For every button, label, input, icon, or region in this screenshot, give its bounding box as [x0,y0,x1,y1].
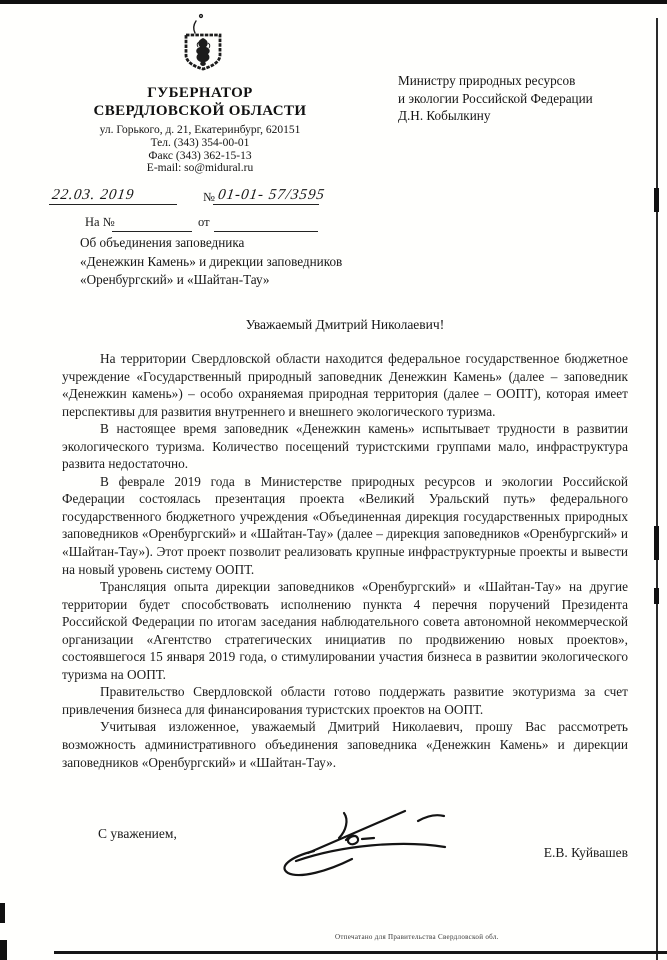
body-paragraph: Трансляция опыта дирекции заповедников «… [62,578,628,683]
recipient-line3: Д.Н. Кобылкину [398,107,658,125]
reply-number-blank [112,231,192,232]
org-email: E-mail: so@midural.ru [70,162,330,175]
subject-line1: Об объединения заповедника [80,234,420,253]
scan-corner-mark [0,940,7,960]
valediction: С уважением, [98,826,177,842]
body-paragraph: Учитывая изложенное, уважаемый Дмитрий Н… [62,718,628,771]
scan-edge-bottom [54,951,667,954]
handwritten-date: 22.03. 2019 [51,187,136,204]
org-name: ГУБЕРНАТОР СВЕРДЛОВСКОЙ ОБЛАСТИ [80,84,320,120]
org-fax: Факс (343) 362-15-13 [70,150,330,163]
org-address: ул. Горького, д. 21, Екатеринбург, 62015… [70,124,330,137]
org-name-line1: ГУБЕРНАТОР [80,84,320,102]
number-underline [213,204,319,205]
body-paragraph: На территории Свердловской области наход… [62,350,628,420]
org-phone: Тел. (343) 354-00-01 [70,137,330,150]
scanned-letter-page: ГУБЕРНАТОР СВЕРДЛОВСКОЙ ОБЛАСТИ ул. Горь… [0,0,667,960]
print-shop-note: Отпечатано для Правительства Свердловско… [335,933,499,941]
org-name-line2: СВЕРДЛОВСКОЙ ОБЛАСТИ [80,102,320,120]
scan-edge-right-mark [654,588,659,604]
reply-date-label: от [198,215,210,230]
recipient-line1: Министру природных ресурсов [398,72,658,90]
scan-corner-mark [0,903,5,923]
scan-edge-right-mark [654,188,659,212]
salutation: Уважаемый Дмитрий Николаевич! [62,317,628,333]
reply-number-label: На № [85,215,115,230]
reply-date-blank [214,231,318,232]
scan-edge-right-mark [654,526,659,560]
recipient-block: Министру природных ресурсов и экологии Р… [398,72,658,125]
number-sign-label: № [203,190,215,205]
org-contact-block: ул. Горького, д. 21, Екатеринбург, 62015… [70,124,330,175]
handwritten-outgoing-number: 01-01- 57/3595 [217,187,326,204]
coat-of-arms-icon [181,12,229,80]
subject-line3: «Оренбургский» и «Шайтан-Тау» [80,271,420,290]
signer-name: Е.В. Куйвашев [428,845,628,861]
recipient-line2: и экологии Российской Федерации [398,90,658,108]
letter-body: На территории Свердловской области наход… [62,350,628,771]
scan-edge-right [656,18,658,960]
scan-edge-top [0,0,667,4]
date-underline [49,204,177,205]
body-paragraph: В настоящее время заповедник «Денежкин к… [62,420,628,473]
handwritten-signature [252,793,452,893]
body-paragraph: В феврале 2019 года в Министерстве приро… [62,473,628,578]
subject-block: Об объединения заповедника «Денежкин Кам… [80,234,420,290]
body-paragraph: Правительство Свердловской области готов… [62,683,628,718]
subject-line2: «Денежкин Камень» и дирекции заповеднико… [80,253,420,272]
